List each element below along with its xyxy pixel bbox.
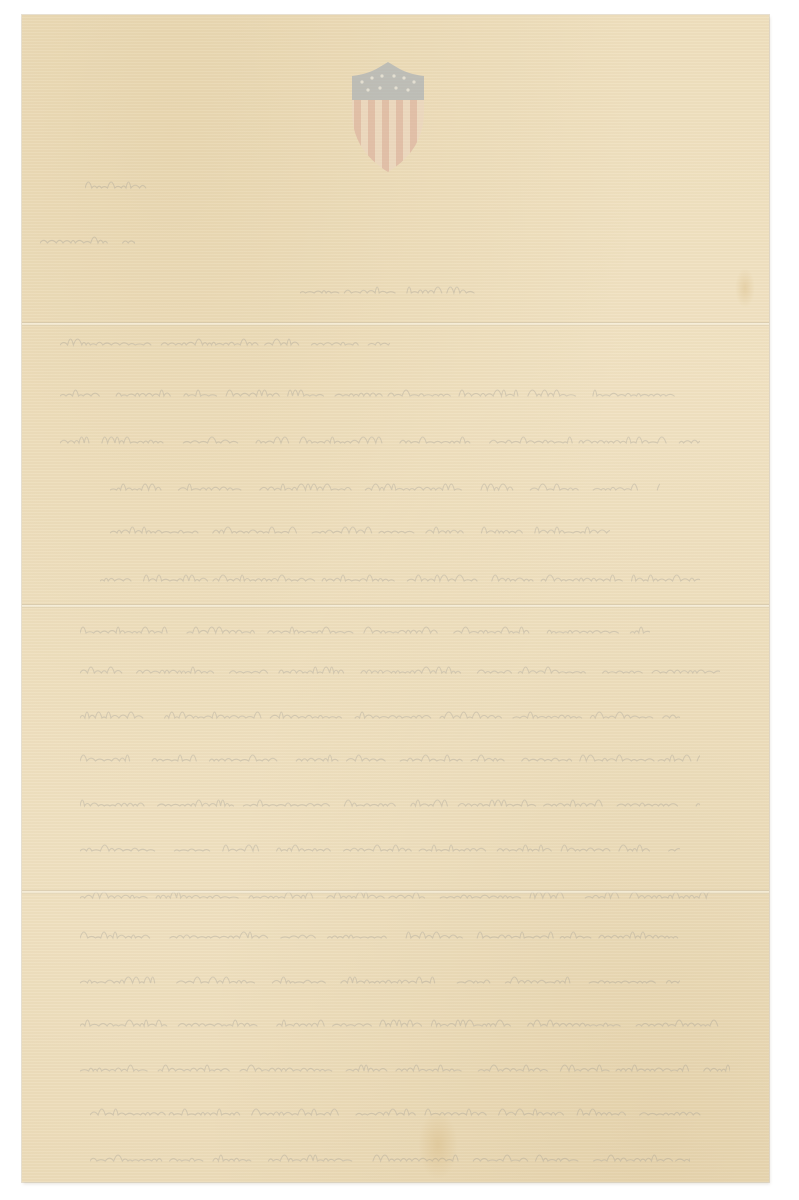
bleed-through-line	[300, 279, 480, 301]
letter-sheet	[22, 15, 769, 1182]
us-shield-icon	[348, 62, 428, 172]
bleed-through-line	[110, 476, 660, 498]
bleed-through-line	[80, 704, 680, 726]
paper-stain	[735, 268, 755, 308]
fold-line	[22, 604, 769, 608]
bleed-through-line	[100, 567, 700, 589]
bleed-through-line	[40, 229, 135, 251]
bleed-through-line	[80, 659, 720, 681]
bleed-through-line	[80, 837, 680, 859]
bleed-through-line	[80, 792, 700, 814]
paper-stain	[418, 1110, 458, 1180]
bleed-through-line	[80, 747, 700, 769]
bleed-through-line	[110, 519, 610, 541]
bleed-through-line	[80, 884, 710, 906]
bleed-through-line	[80, 1057, 730, 1079]
bleed-through-line	[90, 1147, 690, 1169]
bleed-through-line	[80, 1012, 720, 1034]
bleed-through-line	[85, 174, 155, 196]
bleed-through-line	[60, 429, 700, 451]
bleed-through-line	[90, 1101, 710, 1123]
bleed-through-line	[60, 331, 390, 353]
bleed-through-line	[80, 969, 680, 991]
bleed-through-line	[60, 382, 680, 404]
bleed-through-line	[80, 924, 680, 946]
fold-line	[22, 890, 769, 894]
bleed-through-line	[80, 619, 650, 641]
fold-line	[22, 322, 769, 326]
